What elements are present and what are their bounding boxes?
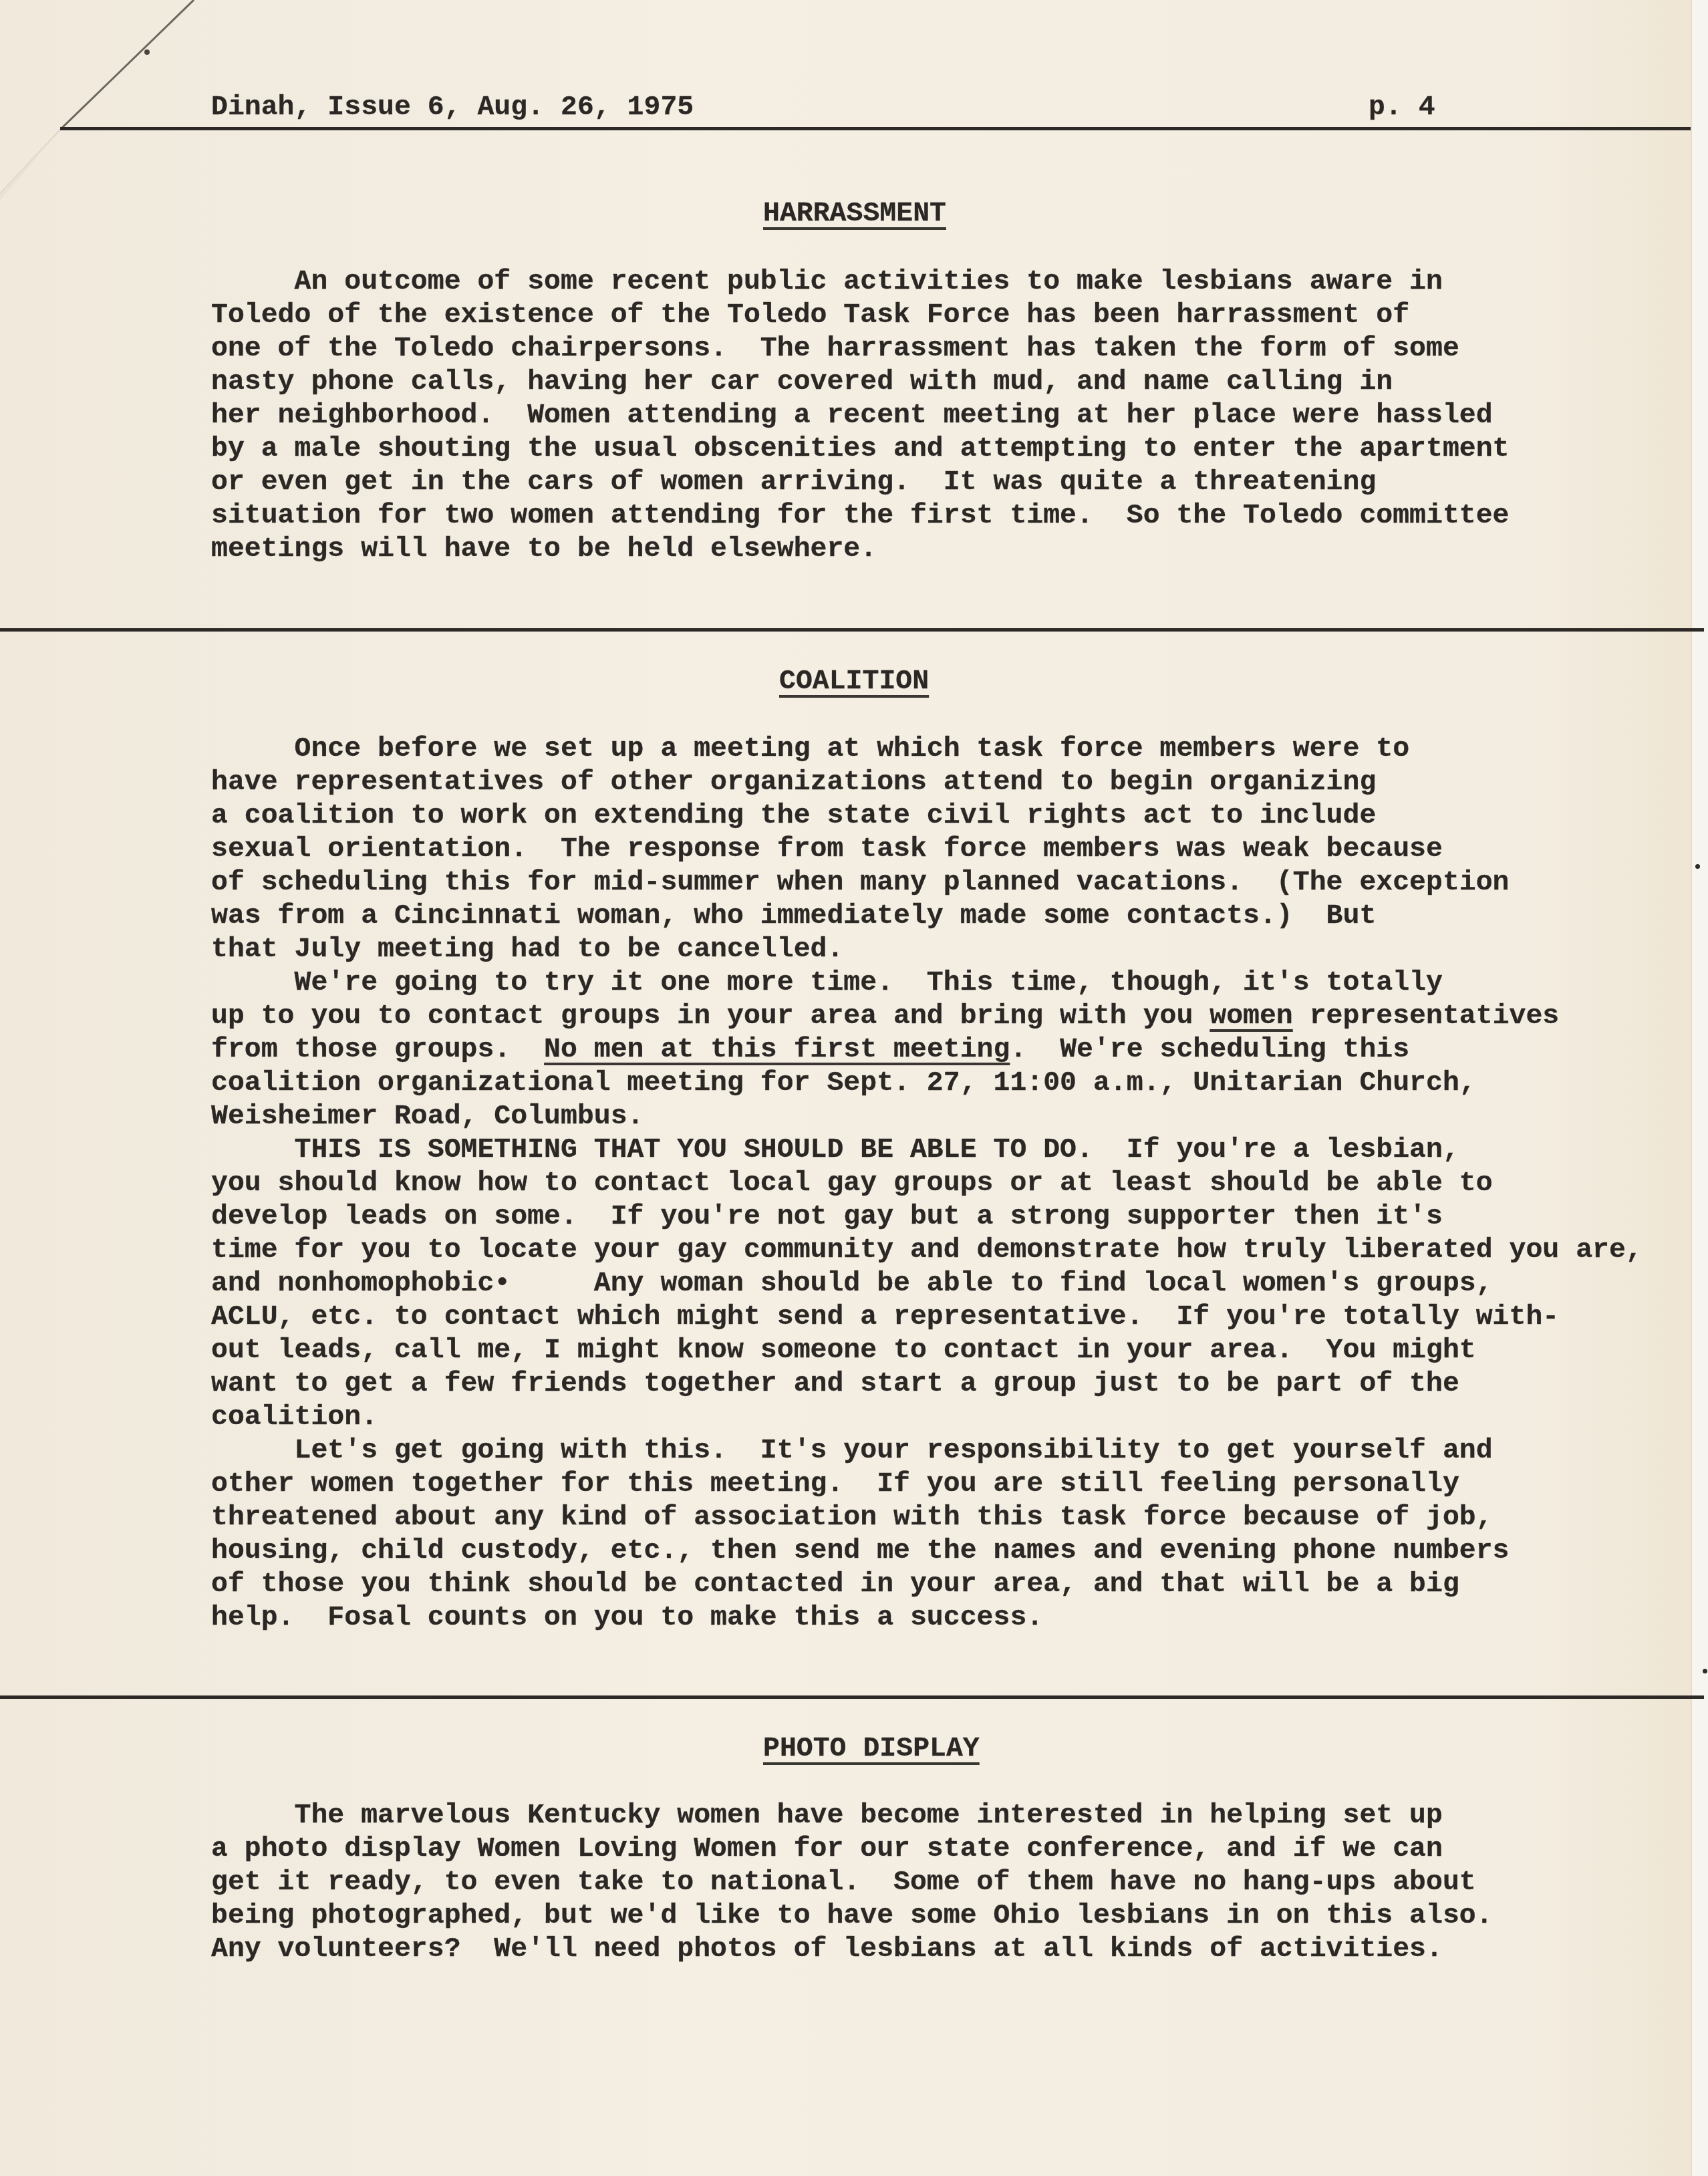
underlined-emphasis: No men at this first meeting [544,1034,1010,1065]
text-line: that July meeting had to be cancelled. [211,933,1643,966]
text-line: coalition organizational meeting for Sep… [211,1067,1643,1100]
text-line: ACLU, etc. to contact which might send a… [211,1301,1643,1334]
text-line: An outcome of some recent public activit… [211,265,1510,299]
text-line: We're going to try it one more time. Thi… [211,966,1643,1000]
text-line: have representatives of other organizati… [211,766,1643,799]
text-line: Any volunteers? We'll need photos of les… [211,1933,1493,1966]
text-line: situation for two women attending for th… [211,499,1510,533]
text-line: you should know how to contact local gay… [211,1167,1643,1200]
text-line: from those groups. No men at this first … [211,1033,1643,1067]
underlined-emphasis: women [1209,1000,1293,1032]
text-line: help. Fosal counts on you to make this a… [211,1601,1643,1635]
text-segment: representatives [1293,1000,1559,1032]
text-line: of those you think should be contacted i… [211,1568,1643,1601]
text-line: and nonhomophobic• Any woman should be a… [211,1267,1643,1301]
text-line: her neighborhood. Women attending a rece… [211,399,1510,432]
folded-corner-mark [0,0,200,200]
text-line: or even get in the cars of women arrivin… [211,466,1510,499]
text-line: by a male shouting the usual obscenities… [211,432,1510,466]
text-line: Once before we set up a meeting at which… [211,732,1643,766]
text-segment: . We're scheduling this [1010,1034,1409,1065]
text-line: a coalition to work on extending the sta… [211,799,1643,833]
text-line: develop leads on some. If you're not gay… [211,1200,1643,1234]
text-segment: from those groups. [211,1034,544,1065]
section-divider [0,628,1704,632]
text-line: want to get a few friends together and s… [211,1367,1643,1401]
section-body-photo-display: The marvelous Kentucky women have become… [211,1799,1493,1966]
text-line: a photo display Women Loving Women for o… [211,1832,1493,1866]
margin-mark [1703,1669,1707,1673]
paper-edge [1691,0,1708,2176]
margin-mark [1695,864,1700,869]
text-line: nasty phone calls, having her car covere… [211,366,1510,399]
section-title-harrassment: HARRASSMENT [763,197,946,231]
text-line: time for you to locate your gay communit… [211,1234,1643,1267]
publication-header: Dinah, Issue 6, Aug. 26, 1975 [211,91,694,124]
section-divider [0,1695,1704,1699]
section-body-coalition: Once before we set up a meeting at which… [211,732,1643,1635]
section-title-photo-display: PHOTO DISPLAY [763,1732,980,1766]
text-line: get it ready, to even take to national. … [211,1866,1493,1899]
text-line: Let's get going with this. It's your res… [211,1434,1643,1468]
text-line: Weisheimer Road, Columbus. [211,1100,1643,1133]
text-line: housing, child custody, etc., then send … [211,1534,1643,1568]
text-line: meetings will have to be held elsewhere. [211,533,1510,566]
text-line: other women together for this meeting. I… [211,1468,1643,1501]
page-number: p. 4 [1369,91,1435,124]
text-line: sexual orientation. The response from ta… [211,833,1643,866]
text-line: Toledo of the existence of the Toledo Ta… [211,299,1510,332]
text-line: was from a Cincinnati woman, who immedia… [211,900,1643,933]
text-line: being photographed, but we'd like to hav… [211,1899,1493,1933]
text-line: The marvelous Kentucky women have become… [211,1799,1493,1832]
text-line: THIS IS SOMETHING THAT YOU SHOULD BE ABL… [211,1133,1643,1167]
text-line: of scheduling this for mid-summer when m… [211,866,1643,900]
section-title-coalition: COALITION [779,665,929,698]
section-body-harrassment: An outcome of some recent public activit… [211,265,1510,566]
text-line: one of the Toledo chairpersons. The harr… [211,332,1510,366]
text-segment: up to you to contact groups in your area… [211,1000,1209,1032]
text-line: up to you to contact groups in your area… [211,1000,1643,1033]
header-rule [60,127,1691,130]
text-line: coalition. [211,1401,1643,1434]
text-line: out leads, call me, I might know someone… [211,1334,1643,1367]
text-line: threatened about any kind of association… [211,1501,1643,1534]
